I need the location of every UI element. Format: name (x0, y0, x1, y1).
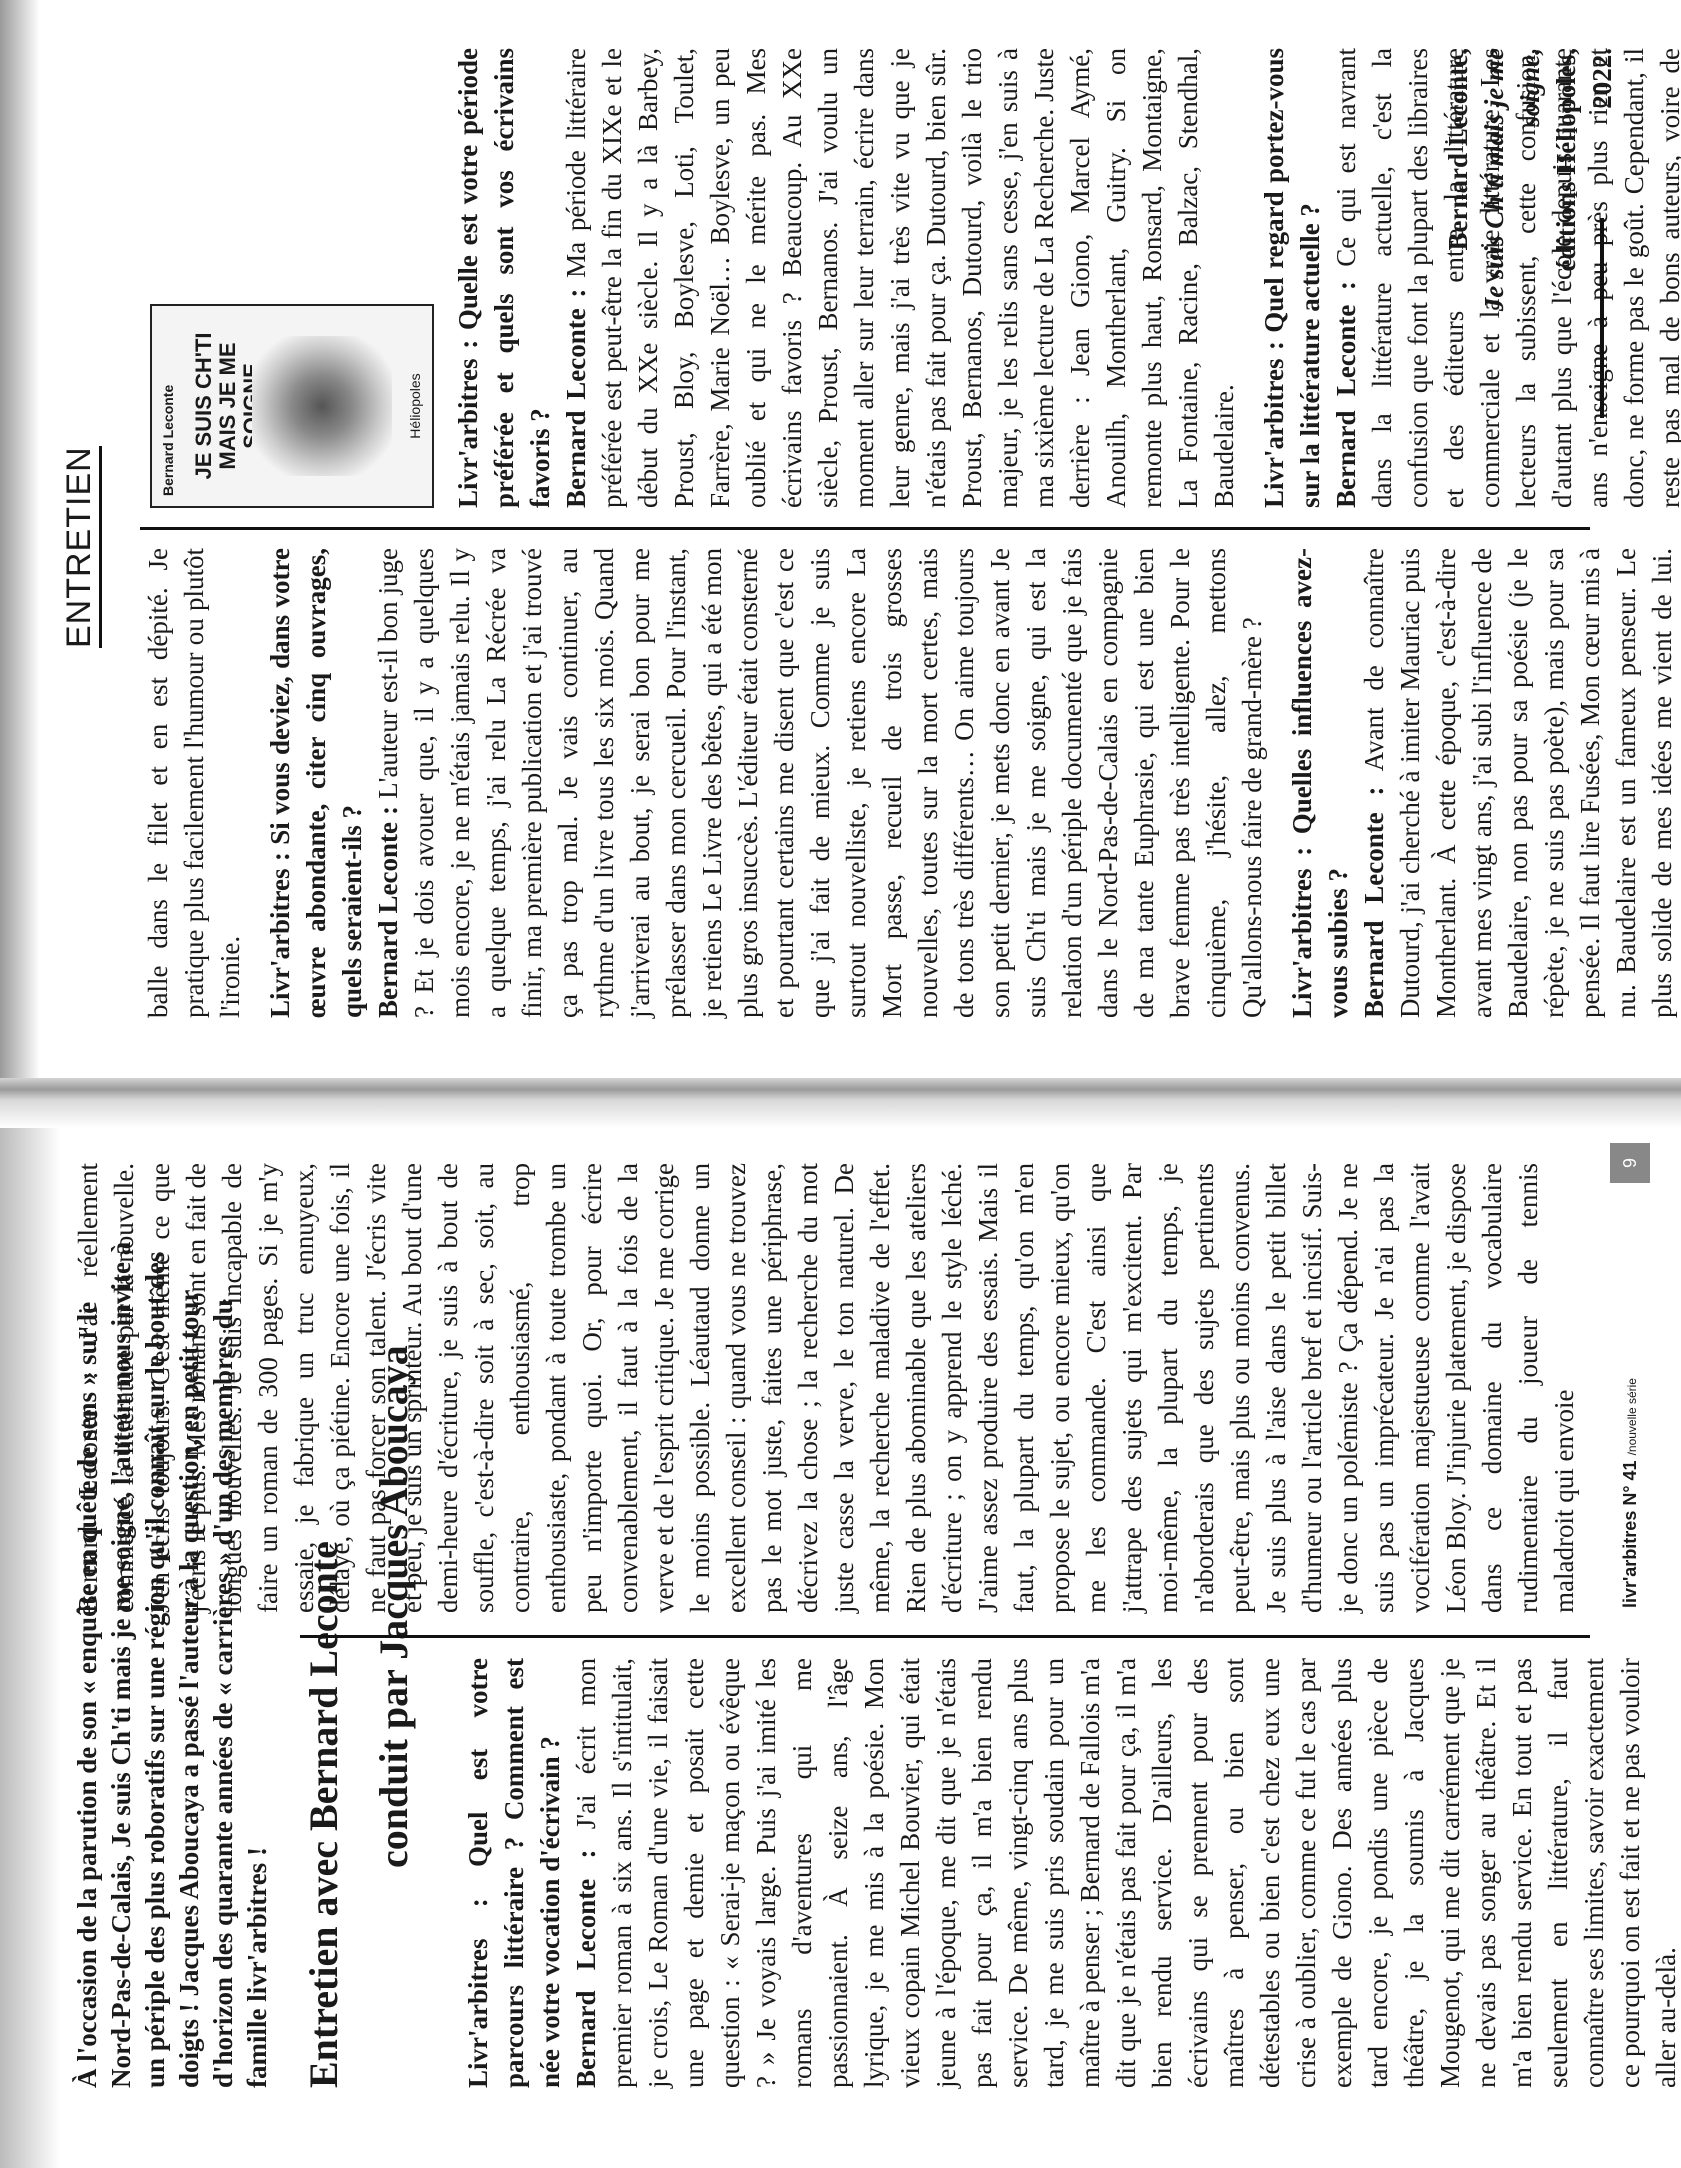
magazine-name: livr'arbitres N° 41 (1620, 1460, 1640, 1608)
magazine-series: /nouvelle série (1625, 1378, 1639, 1455)
signature-publisher: éditions Héliopoles, (1548, 48, 1584, 378)
answer-label: Bernard Leconte : (1331, 281, 1361, 508)
left-column-2: Bernard Leconte : J'ai réellement commen… (70, 1163, 1582, 1613)
question: Livr'arbitres : Quel regard portez-vous … (1256, 48, 1328, 508)
scan-shadow (0, 1108, 60, 2168)
scan-shadow (0, 0, 40, 1078)
left-page: À l'occasion de la parution de son « enq… (0, 1108, 1681, 2168)
paragraph: balle dans le filet et en est dépité. Je… (140, 548, 248, 1018)
question: Livr'arbitres : Si vous deviez, dans vot… (262, 548, 370, 1018)
answer-text: J'ai écrit mon premier roman à six ans. … (571, 1658, 1681, 2088)
book-title-line: JE SUIS CH'TI (192, 306, 216, 506)
answer-label: Bernard Leconte : (561, 289, 591, 508)
signature-name: Bernard Leconte, (1440, 48, 1476, 378)
answer-label: Bernard Leconte : (373, 806, 403, 1018)
right-page: ENTRETIEN balle dans le filet et en est … (0, 0, 1681, 1078)
section-heading: ENTRETIEN (60, 446, 102, 648)
answer-label: Bernard Leconte : (571, 1850, 601, 2088)
column-divider (140, 527, 1590, 530)
book-cover-image: Bernard Leconte JE SUIS CH'TI MAIS JE ME… (150, 304, 434, 508)
end-ornament (1600, 218, 1604, 418)
answer-text: L'auteur est-il bon juge ? Et je dois av… (373, 548, 1267, 1018)
article-title: Entretien avec Bernard Leconte (300, 1541, 347, 2088)
cover-illustration (252, 336, 392, 476)
question: Livr'arbitres : Quel est votre parcours … (460, 1658, 568, 2088)
signature-book: Je suis Ch'ti mais je me soigne, (1476, 48, 1548, 378)
magazine-footer: livr'arbitres N° 41 /nouvelle série (1620, 1378, 1641, 1608)
page-number: 9 (1610, 1143, 1650, 1183)
signature-block: Bernard Leconte, Je suis Ch'ti mais je m… (1440, 48, 1620, 378)
book-publisher: Héliopoles (407, 306, 423, 506)
answer-label: Bernard Leconte : (1359, 787, 1389, 1018)
magazine-spread: À l'occasion de la parution de son « enq… (0, 0, 1681, 2168)
book-author: Bernard Leconte (160, 385, 176, 496)
question: Livr'arbitres : Quelle est votre période… (450, 48, 558, 508)
answer-text: Avant de connaître Dutourd, j'ai cherché… (1359, 548, 1681, 1018)
question: Livr'arbitres : Quelles influences avez-… (1284, 548, 1356, 1018)
left-column-1: Livr'arbitres : Quel est votre parcours … (460, 1658, 1681, 2088)
column-divider (300, 1635, 1590, 1638)
right-column-1: balle dans le filet et en est dépité. Je… (140, 548, 1681, 1018)
answer-text: Ma période littéraire préférée est peut-… (561, 48, 1239, 508)
